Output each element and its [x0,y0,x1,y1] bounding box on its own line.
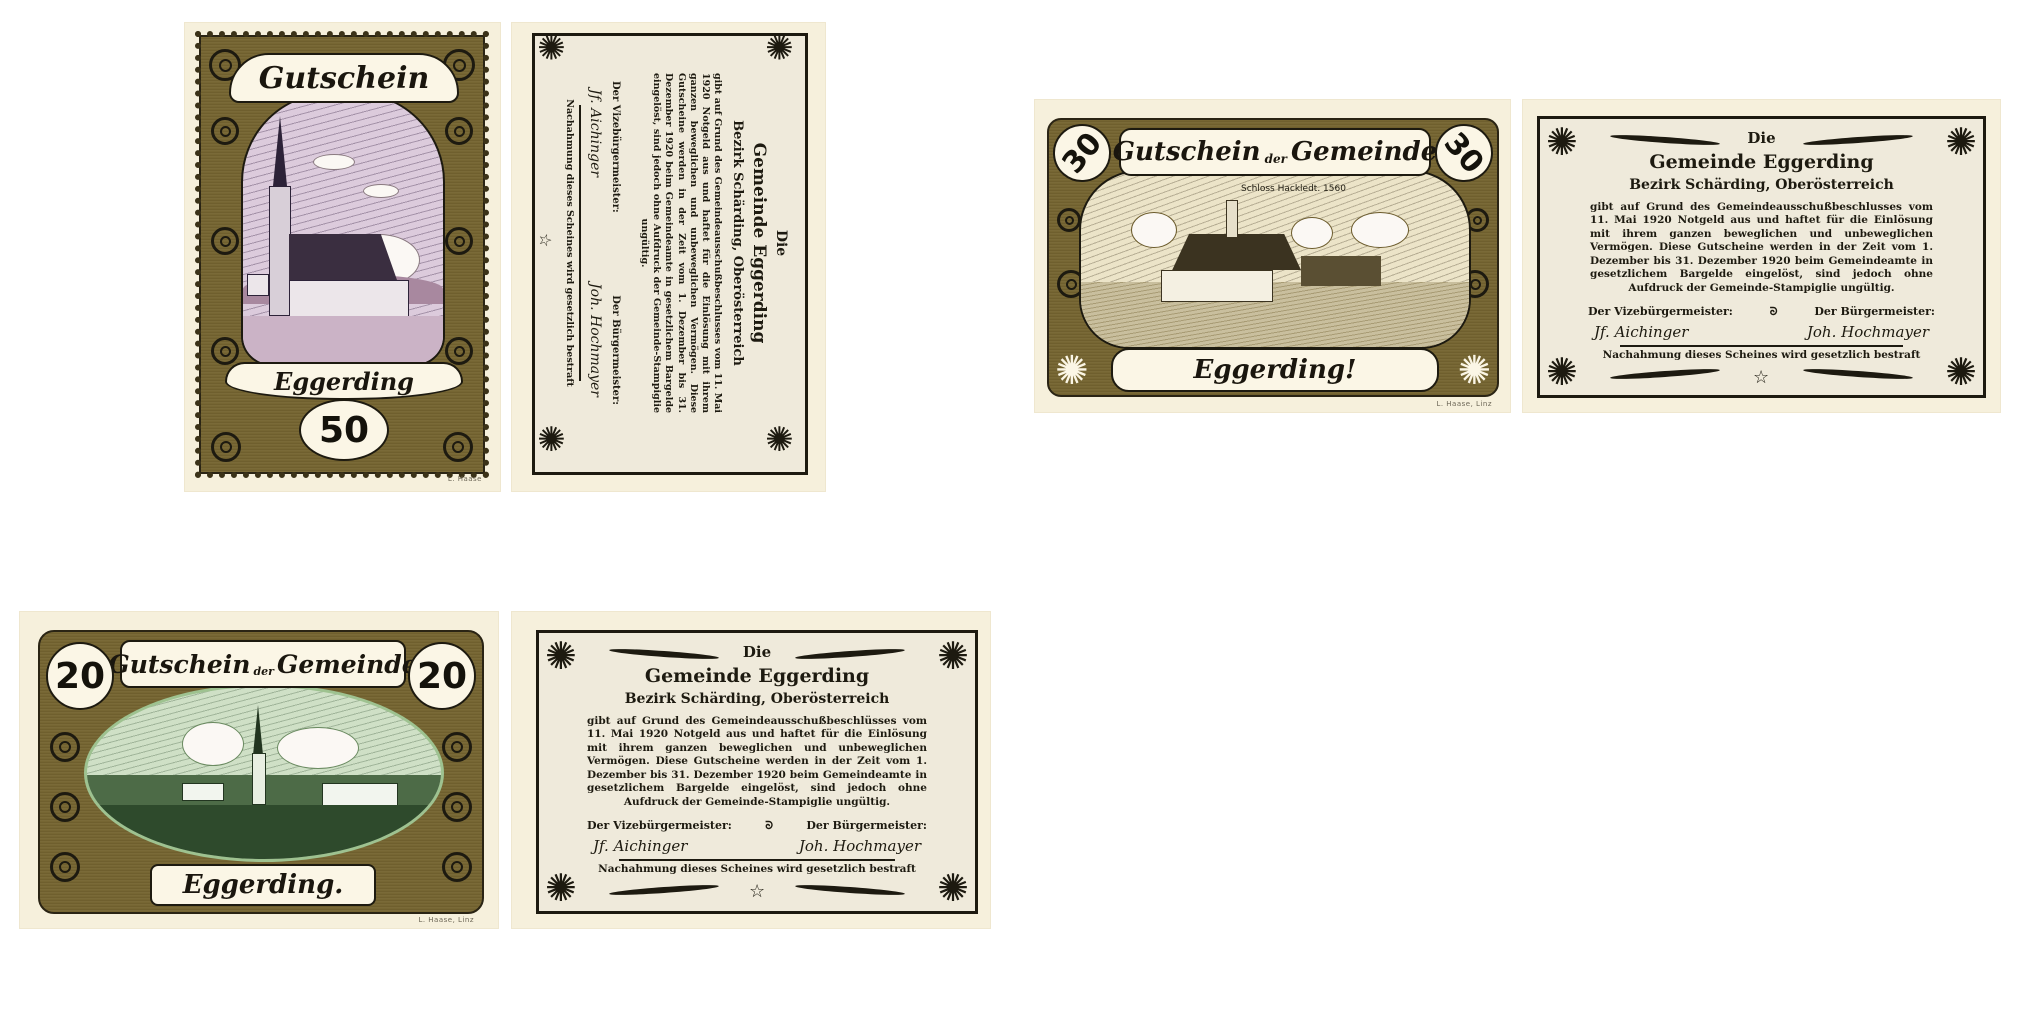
heading-municipality: Gemeinde Eggerding [539,665,975,687]
vice-mayor-label: Der Vizebürgermeister: [610,81,621,213]
signature-labels: Der Vizebürgermeister: Der Bürgermeister… [610,81,621,405]
denomination-right: 20 [408,642,476,710]
vice-mayor-label: Der Vizebürgermeister: [1588,305,1733,319]
heading-district: Bezirk Schärding, Oberösterreich [730,25,745,461]
mayor-signature: Joh. Hochmayer [1807,323,1929,341]
title-banner: Gutschein der Gemeinde [120,640,406,688]
denomination-value: 20 [55,656,105,697]
note-30-front: ✺ ✺ Schloss Hackledt. 1560 Gutschein der… [1035,100,1510,412]
printer-mark: L. Haase, Linz [1436,400,1492,408]
scroll-ornament-icon [211,432,241,462]
title-text-a: Gutschein [1113,137,1261,167]
scroll-ornament-icon [50,732,80,762]
title-text-der: der [253,665,274,678]
legal-text: gibt auf Grund des Gemeindeausschußbesch… [587,715,927,809]
denomination-value: 30 [1437,126,1491,180]
note-50-back: ✺ ✺ ✺ ✺ Die Gemeinde Eggerding Bezirk Sc… [512,23,825,491]
heading-die: Die [539,643,975,661]
swash-ornament [795,883,905,897]
note-50-frame: Gutschein Eggerding 50 [199,35,485,474]
title-text-b: Gemeinde [277,650,418,679]
monogram-icon: ᘐ [1770,305,1778,319]
denomination-value: 30 [1055,126,1109,180]
title-text: Gutschein [259,61,430,96]
mayor-label: Der Bürgermeister: [1814,305,1935,319]
church-spire [273,116,287,186]
vice-mayor-signature: Jf. Aichinger [587,89,603,177]
star-icon: ☆ [749,881,765,902]
heading-municipality: Gemeinde Eggerding [749,25,769,461]
town-banner: Eggerding! [1111,348,1439,392]
monogram-icon: ᘐ [765,819,773,833]
field [1081,282,1469,347]
vignette-caption: Schloss Hackledt. 1560 [1241,184,1346,194]
town-text: Eggerding [274,367,414,396]
star-icon: ☆ [536,233,555,247]
title-text-a: Gutschein [108,650,250,679]
castle-vignette: Schloss Hackledt. 1560 [1079,170,1471,349]
warning-text: Nachahmung dieses Scheines wird gesetzli… [1540,349,1983,361]
swash-ornament [1610,367,1720,381]
church-tower [252,753,266,805]
scroll-ornament-icon [442,732,472,762]
note-50-front: Gutschein Eggerding 50 L. Haase [185,23,500,491]
town-text: Eggerding. [183,870,344,900]
cloud [313,154,355,170]
note-20-frame: Gutschein der Gemeinde 20 20 Eggerding. [38,630,484,914]
castle-wall [1161,270,1273,302]
signature-line [619,859,895,861]
foreground-trees [87,805,441,859]
building [182,783,224,801]
denomination-left: 20 [46,642,114,710]
town-banner: Eggerding. [150,864,376,906]
scroll-ornament-icon [445,117,473,145]
scroll-ornament-icon [50,792,80,822]
town-text: Eggerding! [1194,355,1357,385]
title-text-b: Gemeinde [1291,137,1437,167]
scroll-ornament-icon [50,852,80,882]
printer-mark: L. Haase [448,475,482,483]
village-vignette [84,684,444,862]
building [322,783,398,807]
cloud [363,184,399,198]
heading-district: Bezirk Schärding, Oberösterreich [1540,177,1983,193]
heading-municipality: Gemeinde Eggerding [1540,151,1983,173]
denomination-oval: 50 [299,399,389,461]
signature-line [1620,345,1903,347]
title-banner: Gutschein der Gemeinde [1119,128,1431,176]
vice-mayor-signature: Jf. Aichinger [1594,323,1688,341]
ground [243,316,443,364]
flower-ornament-icon: ✺ [1457,351,1491,391]
signature-line [579,105,581,381]
flower-ornament-icon: ✺ [533,33,567,62]
scroll-ornament-icon [211,337,239,365]
signature-labels: Der Vizebürgermeister: ᘐ Der Bürgermeist… [1588,305,1935,319]
legal-text: gibt auf Grund des Gemeindeausschußbesch… [1590,201,1933,295]
heading-district: Bezirk Schärding, Oberösterreich [539,691,975,707]
warning-text: Nachahmung dieses Scheines wird gesetzli… [539,863,975,875]
cloud [277,727,359,769]
scroll-ornament-icon [443,432,473,462]
church-roof [289,234,397,280]
vice-mayor-signature: Jf. Aichinger [593,837,687,855]
denomination-value: 20 [417,656,467,697]
note-20-back: ✺ ✺ ✺ ✺ Die Gemeinde Eggerding Bezirk Sc… [512,612,990,928]
church-vignette [241,92,445,366]
mayor-label: Der Bürgermeister: [806,819,927,833]
church-tower [269,186,291,316]
star-icon: ☆ [1753,367,1769,388]
swash-ornament [609,883,719,897]
back-frame: ✺ ✺ ✺ ✺ Die Gemeinde Eggerding Bezirk Sc… [1537,116,1986,398]
title-banner: Gutschein [229,53,459,103]
vice-mayor-label: Der Vizebürgermeister: [587,819,732,833]
warning-text: Nachahmung dieses Scheines wird gesetzli… [564,25,575,461]
town-banner: Eggerding [225,362,463,400]
signature-labels: Der Vizebürgermeister: ᘐ Der Bürgermeist… [587,819,927,833]
cloud [1131,212,1177,248]
scroll-ornament-icon [211,227,239,255]
cloud [1351,212,1409,248]
cloud [182,722,244,766]
note-20-front: Gutschein der Gemeinde 20 20 Eggerding. … [20,612,498,928]
swash-ornament [1803,367,1913,381]
scroll-ornament-icon [1057,208,1081,232]
scroll-ornament-icon [445,337,473,365]
printer-mark: L. Haase, Linz [418,916,474,924]
scroll-ornament-icon [442,792,472,822]
cloud [1291,217,1333,249]
mayor-signature: Joh. Hochmayer [799,837,921,855]
house [247,274,269,296]
mayor-label: Der Bürgermeister: [610,295,621,405]
heading-die: Die [773,25,789,461]
flower-ornament-icon: ✺ [1055,351,1089,391]
back-frame: ✺ ✺ ✺ ✺ Die Gemeinde Eggerding Bezirk Sc… [536,630,978,914]
outbuilding [1301,256,1381,286]
church-spire [253,705,263,755]
legal-text: gibt auf Grund des Gemeindeausschußbesch… [638,73,723,413]
scroll-ornament-icon [445,227,473,255]
church-nave [289,280,409,318]
flower-ornament-icon: ✺ [533,425,567,454]
heading-die: Die [1540,129,1983,147]
note-30-back: ✺ ✺ ✺ ✺ Die Gemeinde Eggerding Bezirk Sc… [1523,100,2000,412]
scroll-ornament-icon [442,852,472,882]
note-30-frame: ✺ ✺ Schloss Hackledt. 1560 Gutschein der… [1047,118,1499,397]
castle-tower [1226,200,1238,238]
title-text-der: der [1265,152,1287,166]
mayor-signature: Joh. Hochmayer [587,283,603,397]
scroll-ornament-icon [211,117,239,145]
back-content: ✺ ✺ ✺ ✺ Die Gemeinde Eggerding Bezirk Sc… [529,25,799,461]
denomination-value: 50 [319,410,369,451]
